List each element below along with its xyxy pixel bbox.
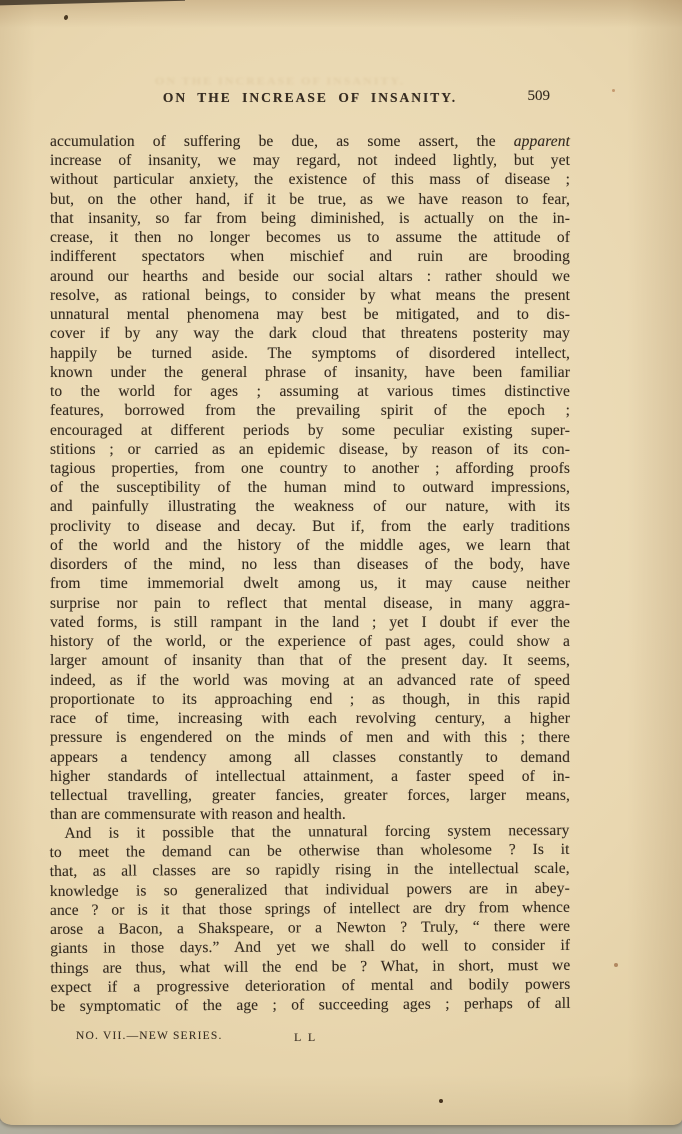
text-line: crease, it then no longer becomes us to … xyxy=(50,228,570,247)
text-line: of the susceptibility of the human mind … xyxy=(50,478,570,497)
text-line: without particular anxiety, the existenc… xyxy=(50,170,570,189)
text-line: of the world and the history of the midd… xyxy=(50,536,570,555)
show-through-ghost: ON THE INCREASE OF INSANITY. xyxy=(50,75,510,89)
text-line: indeed, as if the world was moving at an… xyxy=(50,671,570,690)
text-line: unnatural mental phenomena may best be m… xyxy=(50,305,570,324)
paragraph: And is it possible that the unnatural fo… xyxy=(49,821,570,1017)
paper-speck xyxy=(612,89,615,92)
text-line: pressure is engendered on the minds of m… xyxy=(50,728,570,747)
paper-speck xyxy=(614,963,618,967)
text-line: stitions ; or carried as an epidemic dis… xyxy=(50,440,570,459)
edition-note: NO. VII.—NEW SERIES. xyxy=(76,1030,223,1042)
text-line: tellectual travelling, greater fancies, … xyxy=(50,786,570,805)
text-block: ON THE INCREASE OF INSANITY. ON THE INCR… xyxy=(50,88,570,1046)
text-line: known under the general phrase of insani… xyxy=(50,363,570,382)
page-body: accumulation of suffering be due, as som… xyxy=(50,132,570,1017)
paragraph: accumulation of suffering be due, as som… xyxy=(50,132,570,824)
page-header: ON THE INCREASE OF INSANITY. ON THE INCR… xyxy=(50,88,570,108)
text-line: disorders of the mind, no less than dise… xyxy=(50,555,570,574)
text-line: surprise nor pain to reflect that mental… xyxy=(50,594,570,613)
text-line: history of the world, or the experience … xyxy=(50,632,570,651)
text-line: that insanity, so far from being diminis… xyxy=(50,209,570,228)
text-line: features, borrowed from the prevailing s… xyxy=(50,401,570,420)
text-line: cover if by any way the dark cloud that … xyxy=(50,324,570,343)
page-number: 509 xyxy=(528,88,551,105)
text-line: accumulation of suffering be due, as som… xyxy=(50,132,570,151)
page-footer: NO. VII.—NEW SERIES. L L xyxy=(50,1030,570,1046)
text-line: vated forms, is still rampant in the lan… xyxy=(50,613,570,632)
text-line: appears a tendency among all classes con… xyxy=(50,748,570,767)
text-line: indifferent spectators when mischief and… xyxy=(50,247,570,266)
book-page: ON THE INCREASE OF INSANITY. ON THE INCR… xyxy=(0,0,682,1125)
text-line: race of time, increasing with each revol… xyxy=(50,709,570,728)
text-line: proportionate to its approaching end ; a… xyxy=(50,690,570,709)
text-line: larger amount of insanity than that of t… xyxy=(50,651,570,670)
text-line: from time immemorial dwelt among us, it … xyxy=(50,574,570,593)
text-line: increase of insanity, we may regard, not… xyxy=(50,151,570,170)
text-line: proclivity to disease and decay. But if,… xyxy=(50,517,570,536)
text-line: tagious properties, from one country to … xyxy=(50,459,570,478)
text-line: to the world for ages ; assuming at vari… xyxy=(50,382,570,401)
paper-speck xyxy=(439,1099,443,1103)
text-line: happily be turned aside. The symptoms of… xyxy=(50,344,570,363)
scan-edge-artifact xyxy=(0,0,185,6)
text-line: higher standards of intellectual attainm… xyxy=(50,767,570,786)
text-line: and painfully illustrating the weakness … xyxy=(50,497,570,516)
text-line: be symptomatic of the age ; of succeedin… xyxy=(50,994,570,1016)
scanned-page-photo: ON THE INCREASE OF INSANITY. ON THE INCR… xyxy=(0,0,682,1134)
text-line: around our hearths and beside our social… xyxy=(50,267,570,286)
signature-mark: L L xyxy=(294,1030,317,1045)
text-line: encouraged at different periods by some … xyxy=(50,421,570,440)
text-line: but, on the other hand, if it be true, a… xyxy=(50,190,570,209)
running-head: ON THE INCREASE OF INSANITY. xyxy=(50,90,570,106)
text-line: resolve, as rational beings, to consider… xyxy=(50,286,570,305)
paper-speck xyxy=(63,14,68,20)
